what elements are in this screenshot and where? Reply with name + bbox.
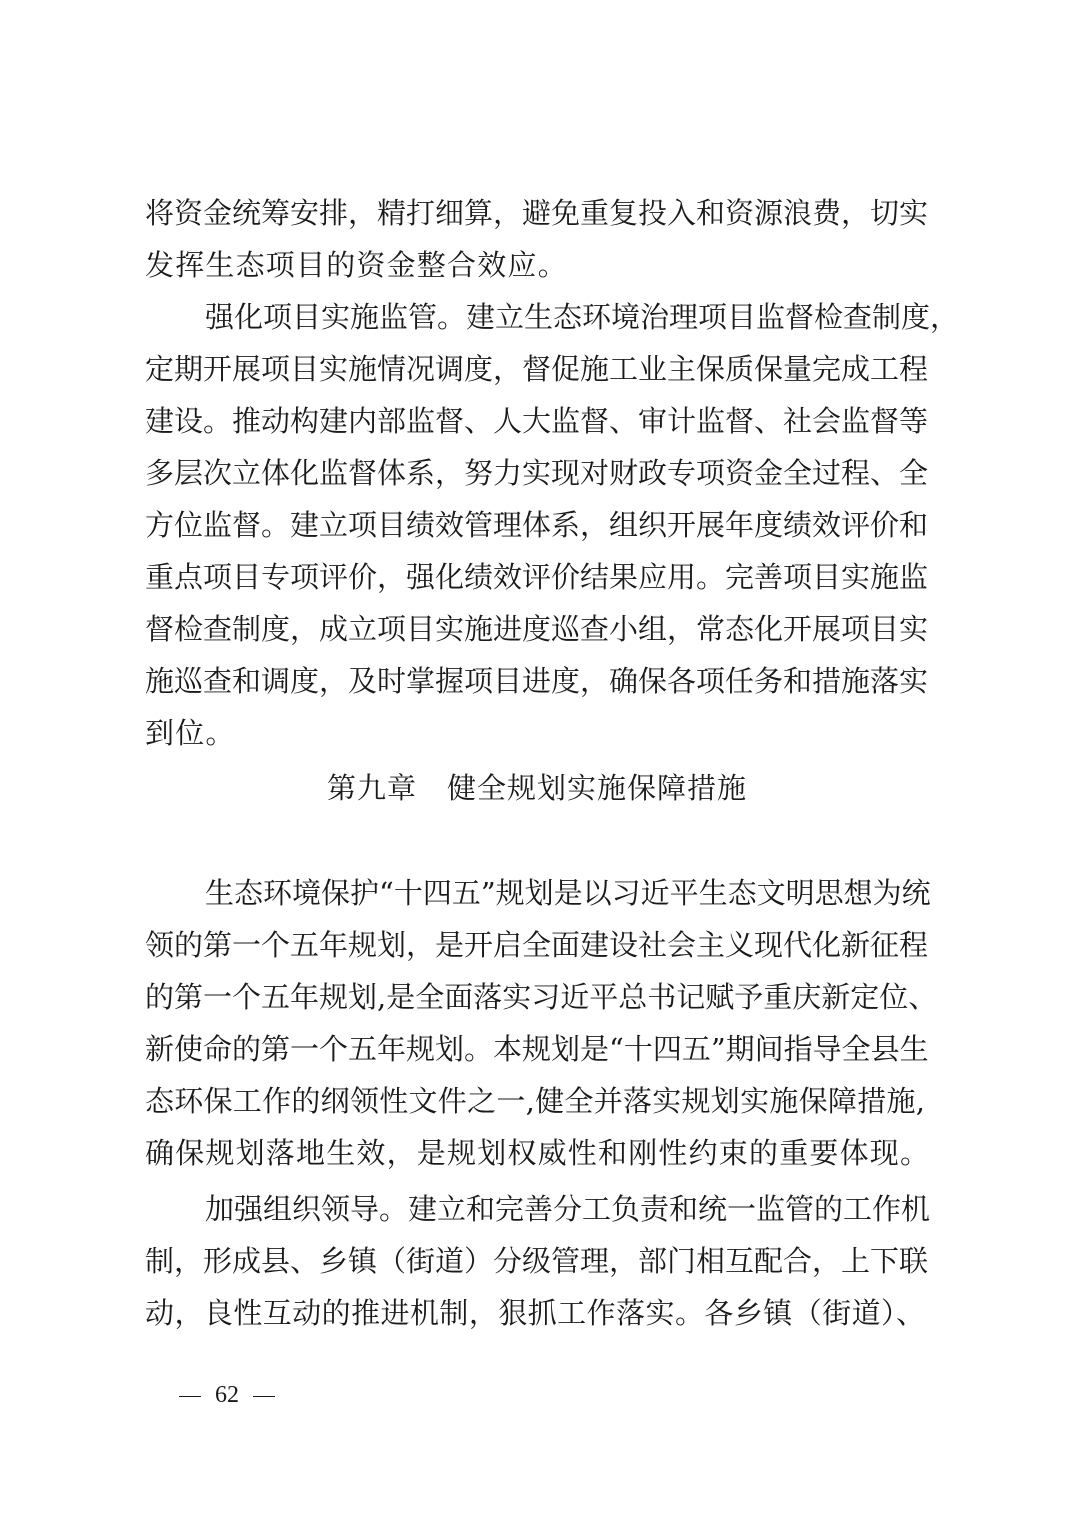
text-line: 确保规划落地生效，是规划权威性和刚性约束的重要体现。 bbox=[145, 1133, 925, 1173]
text-line: 生态环境保护“十四五”规划是以习近平生态文明思想为统 bbox=[205, 873, 925, 913]
text-line: 建设。推动构建内部监督、人大监督、审计监督、社会监督等 bbox=[145, 401, 925, 441]
text-line: 施巡查和调度，及时掌握项目进度，确保各项任务和措施落实 bbox=[145, 661, 925, 701]
text-line: 强化项目实施监管。建立生态环境治理项目监督检查制度， bbox=[205, 297, 925, 337]
text-line: 多层次立体化监督体系，努力实现对财政专项资金全过程、全 bbox=[145, 453, 925, 493]
text-line: 到位。 bbox=[145, 713, 925, 753]
text-line: 动，良性互动的推进机制，狠抓工作落实。各乡镇（街道）、 bbox=[145, 1293, 925, 1333]
chapter-title: 健全规划实施保障措施 bbox=[447, 771, 747, 805]
text-line: 加强组织领导。建立和完善分工负责和统一监管的工作机 bbox=[205, 1189, 925, 1229]
text-line: 将资金统筹安排，精打细算，避免重复投入和资源浪费，切实 bbox=[145, 193, 925, 233]
text-line: 领的第一个五年规划，是开启全面建设社会主义现代化新征程 bbox=[145, 925, 925, 965]
text-line: 重点项目专项评价，强化绩效评价结果应用。完善项目实施监 bbox=[145, 557, 925, 597]
text-line: 督检查制度，成立项目实施进度巡查小组，常态化开展项目实 bbox=[145, 609, 925, 649]
text-line: 方位监督。建立项目绩效管理体系，组织开展年度绩效评价和 bbox=[145, 505, 925, 545]
page-number: 62 bbox=[165, 1380, 289, 1410]
dash-right bbox=[253, 1396, 275, 1398]
text-line: 的第一个五年规划,是全面落实习近平总书记赋予重庆新定位、 bbox=[145, 977, 925, 1017]
text-line: 发挥生态项目的资金整合效应。 bbox=[145, 245, 925, 285]
chapter-number: 第九章 bbox=[327, 771, 417, 805]
chapter-heading: 第九章健全规划实施保障措施 bbox=[0, 768, 1074, 808]
text-line: 定期开展项目实施情况调度，督促施工业主保质保量完成工程 bbox=[145, 349, 925, 389]
text-line: 新使命的第一个五年规划。本规划是“十四五”期间指导全县生 bbox=[145, 1029, 925, 1069]
document-page: 将资金统筹安排，精打细算，避免重复投入和资源浪费，切实 发挥生态项目的资金整合效… bbox=[0, 0, 1074, 1520]
text-line: 制，形成县、乡镇（街道）分级管理，部门相互配合，上下联 bbox=[145, 1241, 925, 1281]
text-line: 态环保工作的纲领性文件之一,健全并落实规划实施保障措施, bbox=[145, 1081, 925, 1121]
dash-left bbox=[179, 1396, 201, 1398]
page-number-value: 62 bbox=[215, 1382, 239, 1408]
